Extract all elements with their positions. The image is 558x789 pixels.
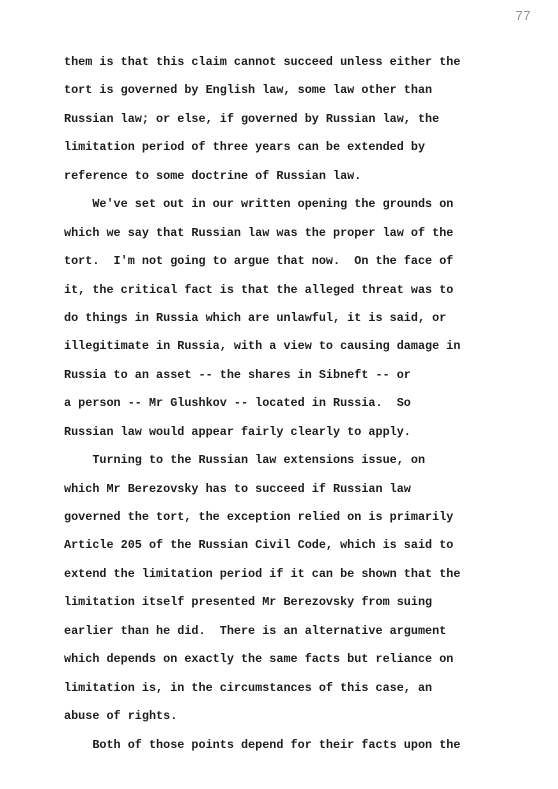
transcript-line: Turning to the Russian law extensions is… [64,446,558,474]
transcript-line: tort is governed by English law, some la… [64,76,558,104]
transcript-line: Russian law; or else, if governed by Rus… [64,105,558,133]
transcript-line: it, the critical fact is that the allege… [64,276,558,304]
transcript-line: a person -- Mr Glushkov -- located in Ru… [64,389,558,417]
transcript-line: do things in Russia which are unlawful, … [64,304,558,332]
transcript-line: Russian law would appear fairly clearly … [64,418,558,446]
transcript-line: which Mr Berezovsky has to succeed if Ru… [64,475,558,503]
transcript-line: tort. I'm not going to argue that now. O… [64,247,558,275]
transcript-line: Both of those points depend for their fa… [64,731,558,759]
transcript-line: Russia to an asset -- the shares in Sibn… [64,361,558,389]
transcript-line: We've set out in our written opening the… [64,190,558,218]
transcript-line: limitation itself presented Mr Berezovsk… [64,588,558,616]
transcript-line: them is that this claim cannot succeed u… [64,48,558,76]
transcript-line: which depends on exactly the same facts … [64,645,558,673]
transcript-line: abuse of rights. [64,702,558,730]
transcript-line: limitation is, in the circumstances of t… [64,674,558,702]
transcript-body: them is that this claim cannot succeed u… [64,48,558,759]
transcript-line: Article 205 of the Russian Civil Code, w… [64,531,558,559]
transcript-line: extend the limitation period if it can b… [64,560,558,588]
document-page: 77 them is that this claim cannot succee… [0,0,558,789]
transcript-line: reference to some doctrine of Russian la… [64,162,558,190]
page-number: 77 [516,8,531,23]
transcript-line: earlier than he did. There is an alterna… [64,617,558,645]
transcript-line: limitation period of three years can be … [64,133,558,161]
transcript-line: illegitimate in Russia, with a view to c… [64,332,558,360]
transcript-line: which we say that Russian law was the pr… [64,219,558,247]
transcript-line: governed the tort, the exception relied … [64,503,558,531]
